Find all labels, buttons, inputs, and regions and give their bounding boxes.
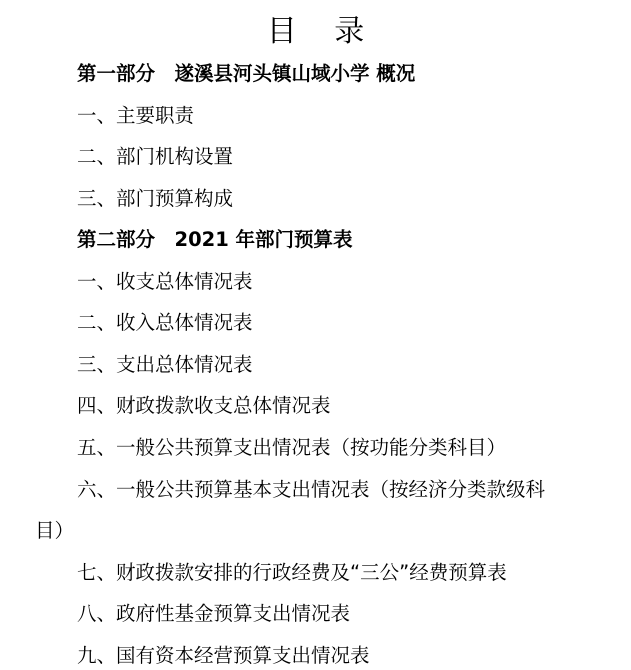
toc-section-heading-part2[interactable]: 第二部分 2021 年部门预算表 bbox=[77, 227, 353, 253]
toc-item-general-basic-by-economic-wrap[interactable]: 目） bbox=[35, 518, 74, 544]
toc-item-admin-and-three-public-expenses[interactable]: 七、财政拨款安排的行政经费及“三公”经费预算表 bbox=[77, 560, 507, 586]
toc-item-general-budget-by-function[interactable]: 五、一般公共预算支出情况表（按功能分类科目） bbox=[77, 435, 506, 461]
toc-item-government-fund-budget[interactable]: 八、政府性基金预算支出情况表 bbox=[77, 601, 350, 627]
toc-item-fiscal-allocation-overview[interactable]: 四、财政拨款收支总体情况表 bbox=[77, 393, 331, 419]
toc-item-main-duties[interactable]: 一、主要职责 bbox=[77, 103, 194, 129]
page-title: 目 录 bbox=[0, 12, 631, 52]
toc-item-expenditure-overview[interactable]: 三、支出总体情况表 bbox=[77, 352, 253, 378]
toc-item-budget-composition[interactable]: 三、部门预算构成 bbox=[77, 186, 233, 212]
toc-section-heading-part1[interactable]: 第一部分 遂溪县河头镇山域小学 概况 bbox=[77, 61, 415, 87]
toc-item-state-capital-budget[interactable]: 九、国有资本经营预算支出情况表 bbox=[77, 643, 370, 669]
toc-item-revenue-expenditure-overview[interactable]: 一、收支总体情况表 bbox=[77, 269, 253, 295]
toc-item-revenue-overview[interactable]: 二、收入总体情况表 bbox=[77, 310, 253, 336]
toc-item-department-structure[interactable]: 二、部门机构设置 bbox=[77, 144, 233, 170]
toc-item-general-basic-by-economic[interactable]: 六、一般公共预算基本支出情况表（按经济分类款级科 bbox=[77, 477, 545, 503]
